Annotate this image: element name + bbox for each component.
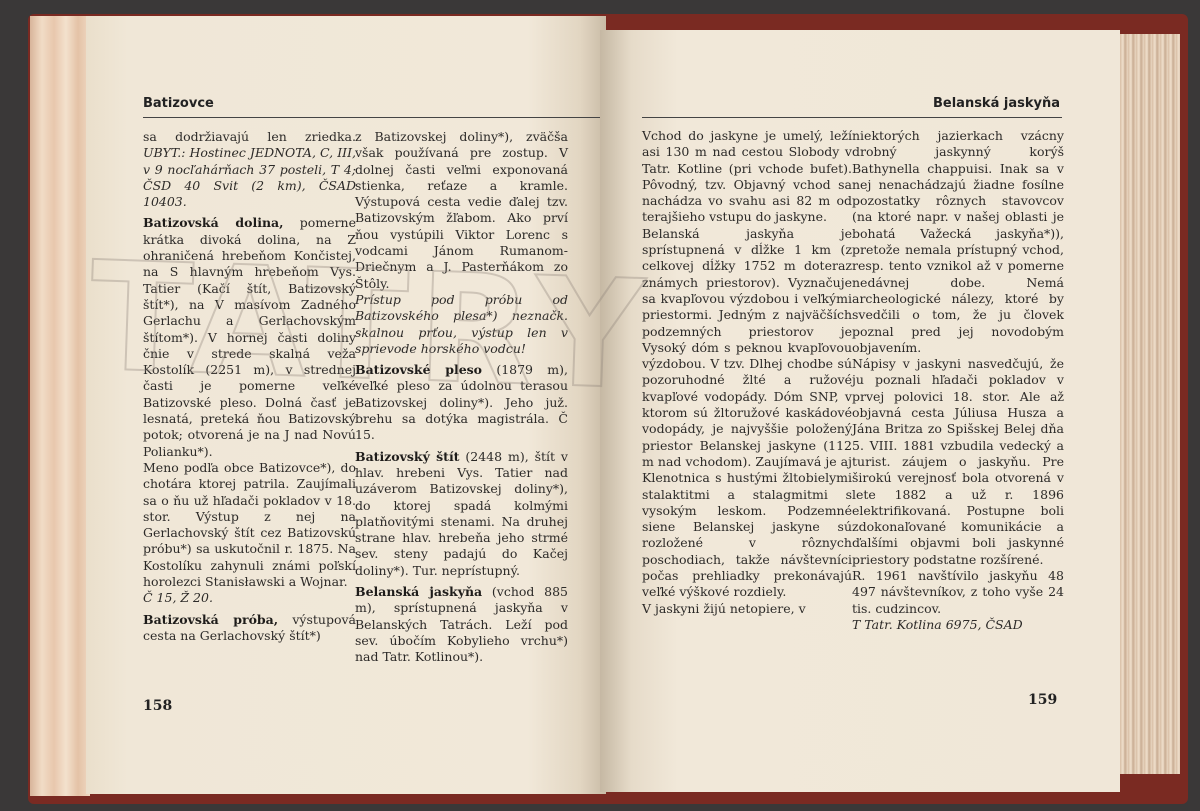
- header-rule-left: [143, 117, 605, 118]
- left-page: Batizovce sa dodržiavajú len zriedka. UB…: [86, 16, 606, 794]
- paragraph: Prístup pod próbu od Batizovského plesa*…: [355, 292, 568, 357]
- entry-term: Batizovské pleso: [355, 362, 482, 377]
- right-page-column-1: Vchod do jaskyne je umelý, leží asi 130 …: [642, 128, 852, 617]
- entry-term: Batizovský štít: [355, 449, 459, 464]
- dictionary-entry: Batizovská próba, výstupová cesta na Ger…: [143, 612, 356, 645]
- paragraph: Meno podľa obce Batizovce*), do chotára …: [143, 460, 356, 590]
- dictionary-entry: Batizovský štít (2448 m), štít v hlav. h…: [355, 449, 568, 579]
- entry-term: Batizovská próba,: [143, 612, 278, 627]
- running-header-right: Belanská jaskyňa: [933, 96, 1060, 111]
- page-edges-right: [1120, 34, 1180, 774]
- page-number-right: 159: [1028, 692, 1057, 708]
- page-edges-left: [30, 16, 90, 796]
- paragraph: T Tatr. Kotlina 6975, ČSAD: [852, 617, 1064, 633]
- dictionary-entry: Batizovské pleso (1879 m), veľké pleso z…: [355, 362, 568, 443]
- paragraph: V jaskyni žijú netopiere, v: [642, 601, 852, 617]
- page-number-left: 158: [143, 698, 172, 714]
- paragraph: Nápisy v jaskyni nasvedčujú, že ju pozna…: [852, 356, 1064, 568]
- left-page-column-2: z Batizovskej doliny*), zväčša však použ…: [355, 129, 568, 666]
- left-page-column-1: sa dodržiavajú len zriedka. UBYT.: Hosti…: [143, 129, 356, 644]
- paragraph: niektorých jazierkach vzácny drobný jask…: [852, 128, 1064, 356]
- paragraph: R. 1961 navštívilo jaskyňu 48 497 návšte…: [852, 568, 1064, 617]
- entry-term: Belanská jaskyňa: [355, 584, 482, 599]
- paragraph: Belanská jaskyňa je sprístupnená v dĺžke…: [642, 226, 852, 601]
- paragraph: Č 15, Ž 20.: [143, 590, 356, 606]
- right-page: Belanská jaskyňa Vchod do jaskyne je ume…: [600, 30, 1120, 792]
- dictionary-entry: Batizovská dolina, pomerne krátka divoká…: [143, 215, 356, 459]
- dictionary-entry: Belanská jaskyňa (vchod 885 m), sprístup…: [355, 584, 568, 665]
- entry-term: Batizovská dolina,: [143, 215, 283, 230]
- header-rule-right: [642, 117, 1062, 118]
- paragraph: sa dodržiavajú len zriedka. UBYT.: Hosti…: [143, 129, 356, 210]
- running-header-left: Batizovce: [143, 96, 214, 111]
- paragraph: Vchod do jaskyne je umelý, leží asi 130 …: [642, 128, 852, 226]
- right-page-column-2: niektorých jazierkach vzácny drobný jask…: [852, 128, 1064, 633]
- paragraph: z Batizovskej doliny*), zväčša však použ…: [355, 129, 568, 292]
